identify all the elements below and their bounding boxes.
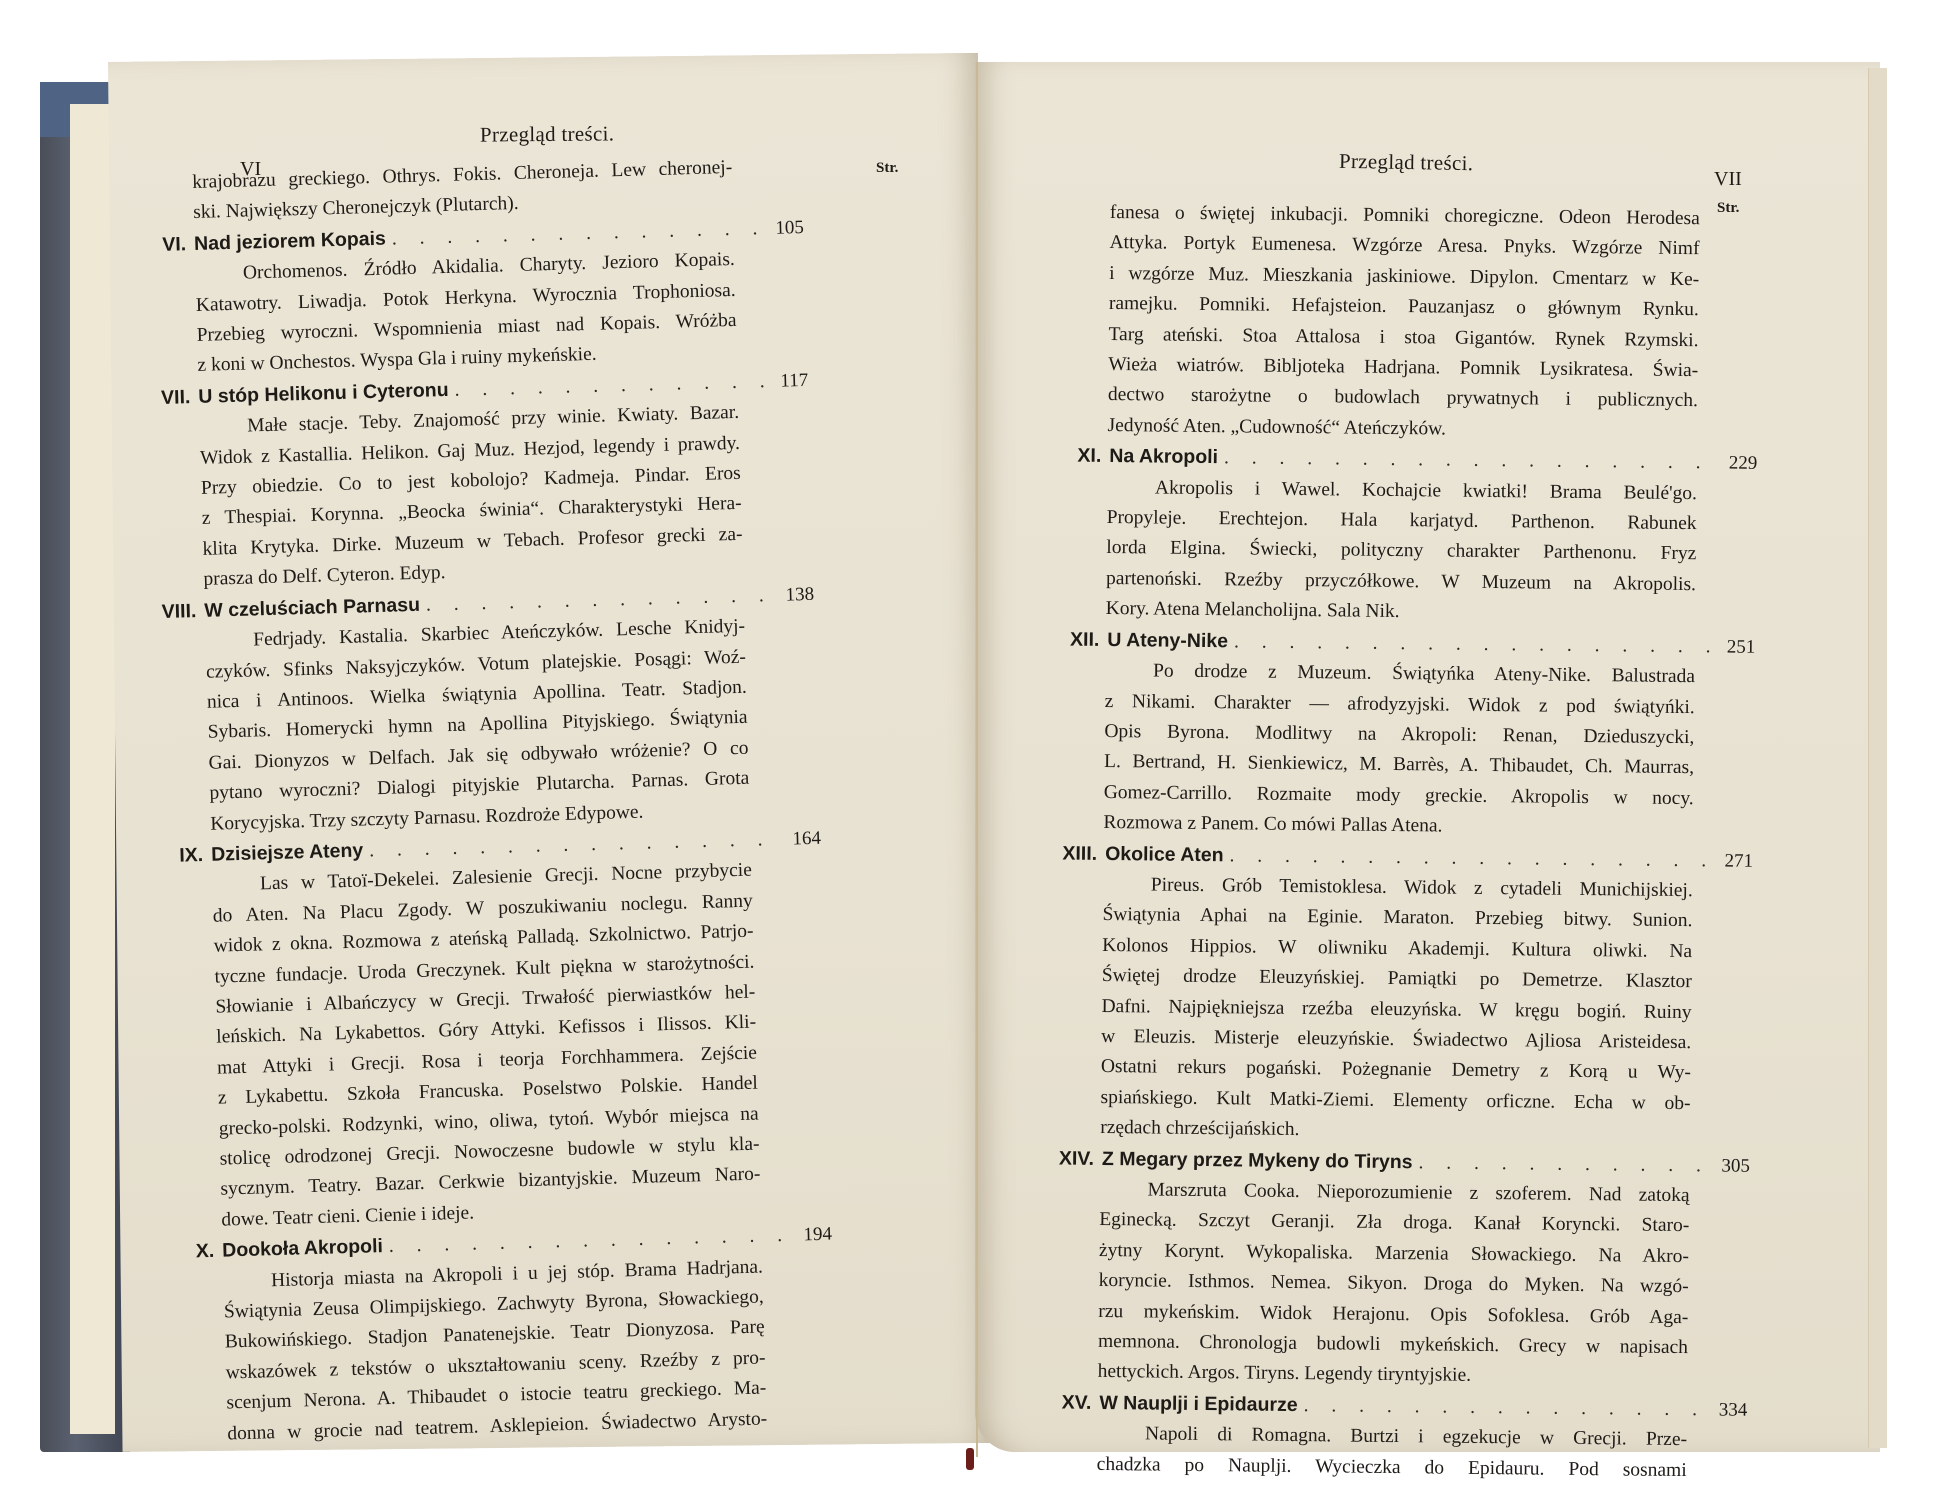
running-head-right: Przegląd treści. bbox=[1339, 149, 1474, 176]
chapter-title: Dookoła Akropoli bbox=[222, 1231, 384, 1266]
table-of-contents-right: fanesa o świętej inkubacji. Pomniki chor… bbox=[1097, 198, 1700, 1486]
page-number: 164 bbox=[783, 824, 822, 855]
page-number: 305 bbox=[1712, 1151, 1750, 1182]
chapter-number: X. bbox=[152, 1236, 215, 1268]
page-number: 229 bbox=[1719, 449, 1757, 480]
toc-entry: XII. U Ateny-Nike 251 Po drodze z Muzeum… bbox=[1103, 625, 1695, 845]
chapter-number: VIII. bbox=[134, 596, 197, 628]
chapter-title: Na Akropoli bbox=[1109, 441, 1218, 473]
chapter-description: chadzka po Nauplji. Wycieczka do Epidaur… bbox=[1097, 1450, 1687, 1487]
chapter-title: Nad jeziorem Kopais bbox=[194, 223, 387, 259]
page-number: 194 bbox=[794, 1220, 833, 1251]
folio-right: VII bbox=[1714, 168, 1742, 191]
chapter-title: Z Megary przez Mykeny do Tiryns bbox=[1102, 1144, 1413, 1178]
running-head-left: Przegląd treści. bbox=[480, 121, 614, 147]
bookmark-ribbon bbox=[966, 1448, 974, 1470]
page-column-label-left: Str. bbox=[876, 160, 898, 177]
page-number: 271 bbox=[1715, 846, 1753, 877]
chapter-title: W Nauplji i Epidaurze bbox=[1099, 1388, 1298, 1420]
toc-entry: VI. Nad jeziorem Kopais 105 Orchomenos. … bbox=[194, 214, 738, 382]
toc-entry: X. Dookoła Akropoli 194 Historja miasta … bbox=[222, 1221, 768, 1450]
page-number: 334 bbox=[1709, 1395, 1747, 1426]
book-gutter bbox=[976, 62, 978, 1457]
page-number: 117 bbox=[770, 366, 809, 397]
dot-leader bbox=[1303, 1391, 1703, 1426]
dot-leader bbox=[1234, 627, 1712, 662]
chapter-number: VI. bbox=[124, 229, 187, 261]
chapter-title: Dzisiejsze Ateny bbox=[211, 835, 364, 870]
toc-entry: XI. Na Akropoli 229 Akropolis i Wawel. K… bbox=[1106, 441, 1698, 631]
toc-entry: XIV. Z Megary przez Mykeny do Tiryns 305… bbox=[1098, 1144, 1691, 1394]
chapter-number: VII. bbox=[128, 382, 191, 414]
chapter-number: IX. bbox=[141, 840, 204, 872]
toc-entry: VII. U stóp Helikonu i Cyteronu 117 Małe… bbox=[198, 367, 744, 596]
chapter-title: U Ateny-Nike bbox=[1107, 625, 1228, 657]
toc-entry: XV. W Nauplji i Epidaurze 334 Napoli di … bbox=[1097, 1388, 1688, 1486]
toc-entry: VIII. W czeluściach Parnasu 138 Fedrjady… bbox=[204, 580, 751, 839]
page-stack-edge bbox=[1868, 68, 1887, 1448]
chapter-title: W czeluściach Parnasu bbox=[204, 589, 420, 625]
endpaper bbox=[70, 104, 115, 1434]
page-number: 138 bbox=[776, 579, 815, 610]
chapter-title: Okolice Aten bbox=[1105, 839, 1224, 871]
dot-leader bbox=[1224, 443, 1714, 479]
dot-leader bbox=[1418, 1148, 1706, 1181]
dot-leader bbox=[1229, 841, 1709, 876]
chapter-number: XV. bbox=[991, 1387, 1091, 1418]
toc-entry: IX. Dzisiejsze Ateny 164 Las w Tatoï-Dek… bbox=[211, 825, 762, 1236]
table-of-contents-left: krajobrazu greckiego. Othrys. Fokis. Che… bbox=[192, 153, 768, 1450]
chapter-number: XII. bbox=[999, 624, 1099, 655]
chapter-number: XI. bbox=[1001, 440, 1101, 471]
page-number: 251 bbox=[1717, 632, 1755, 663]
toc-entry: XIII. Okolice Aten 271 Pireus. Grób Temi… bbox=[1100, 838, 1693, 1149]
page-column-label-right: Str. bbox=[1717, 200, 1739, 217]
chapter-number: XIV. bbox=[994, 1142, 1094, 1173]
page-number: 105 bbox=[766, 213, 805, 244]
chapter-number: XIII. bbox=[997, 837, 1097, 868]
